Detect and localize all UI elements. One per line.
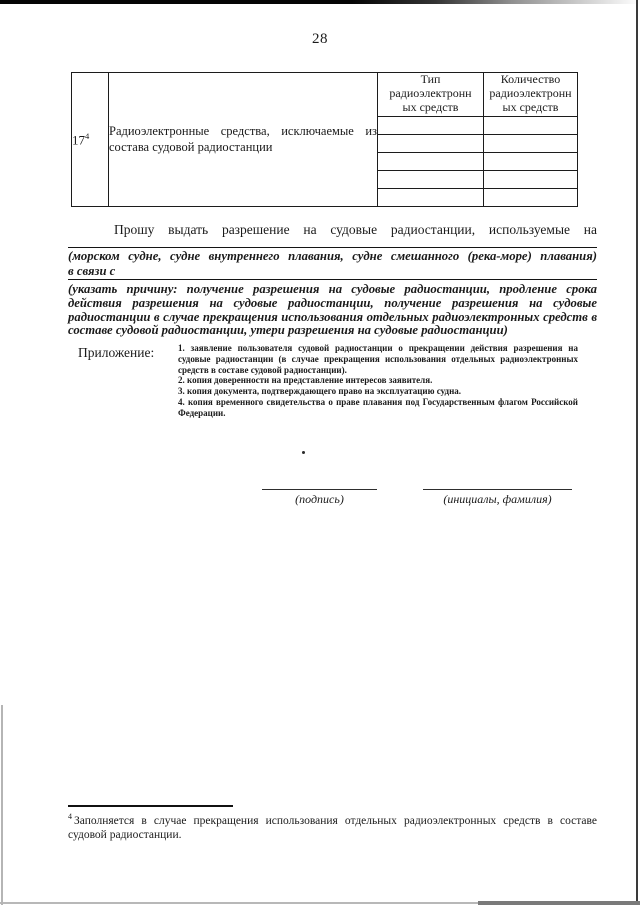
type-empty-cell[interactable] [378, 171, 484, 189]
attachment-item: 2. копия доверенности на представление и… [178, 375, 578, 386]
name-blank-line[interactable] [423, 489, 572, 490]
document-page: 28 174 Радиоэлектронные средства, исключ… [0, 0, 640, 905]
signature-caption: (подпись) [262, 492, 377, 507]
type-empty-cell[interactable] [378, 135, 484, 153]
scan-edge-top [0, 0, 640, 4]
type-empty-cell[interactable] [378, 189, 484, 207]
quantity-column-header: Количество радиоэлектронн ых средств [484, 73, 578, 117]
scan-edge-right [636, 0, 638, 905]
stray-ink-dot [302, 451, 305, 454]
attachments-list: 1. заявление пользователя судовой радиос… [178, 343, 578, 419]
due-to-blank-line[interactable] [119, 279, 597, 280]
footnote-body: Заполняется в случае прекращения использ… [68, 815, 597, 842]
quantity-empty-cell[interactable] [484, 171, 578, 189]
type-column-header: Тип радиоэлектронн ых средств [378, 73, 484, 117]
scan-edge-bottom-right [478, 901, 640, 905]
vessel-blank-line[interactable] [68, 238, 597, 248]
row-number-cell: 174 [72, 73, 109, 207]
type-empty-cell[interactable] [378, 153, 484, 171]
reason-caption: (указать причину: получение разрешения н… [68, 280, 597, 338]
due-to-label: в связи с [68, 264, 119, 280]
vessel-caption: (морском судне, судне внутреннего плаван… [68, 248, 597, 263]
quantity-empty-cell[interactable] [484, 189, 578, 207]
row-number-footnote-ref: 4 [85, 131, 89, 141]
attachment-item: 4. копия временного свидетельства о прав… [178, 397, 578, 419]
request-section: Прошу выдать разрешение на судовые радио… [68, 221, 597, 338]
due-to-row: в связи с [68, 264, 597, 280]
attachment-item: 1. заявление пользователя судовой радиос… [178, 343, 578, 375]
request-paragraph: Прошу выдать разрешение на судовые радио… [68, 221, 597, 238]
quantity-empty-cell[interactable] [484, 135, 578, 153]
signature-blank-line[interactable] [262, 489, 377, 490]
type-empty-cell[interactable] [378, 117, 484, 135]
row-description-cell: Радиоэлектронные средства, исключаемые и… [109, 73, 378, 207]
footnote-separator [68, 805, 233, 807]
attachment-item: 3. копия документа, подтверждающего прав… [178, 386, 578, 397]
quantity-empty-cell[interactable] [484, 153, 578, 171]
attachments-section: Приложение: 1. заявление пользователя су… [68, 343, 597, 419]
attachments-label: Приложение: [78, 345, 154, 361]
radio-equipment-table: 174 Радиоэлектронные средства, исключаем… [71, 72, 578, 207]
quantity-empty-cell[interactable] [484, 117, 578, 135]
row-number: 17 [72, 132, 85, 147]
page-number: 28 [0, 31, 640, 48]
name-caption: (инициалы, фамилия) [423, 492, 572, 507]
footnote-text: 4Заполняется в случае прекращения исполь… [68, 810, 597, 843]
scan-edge-left [1, 705, 3, 905]
